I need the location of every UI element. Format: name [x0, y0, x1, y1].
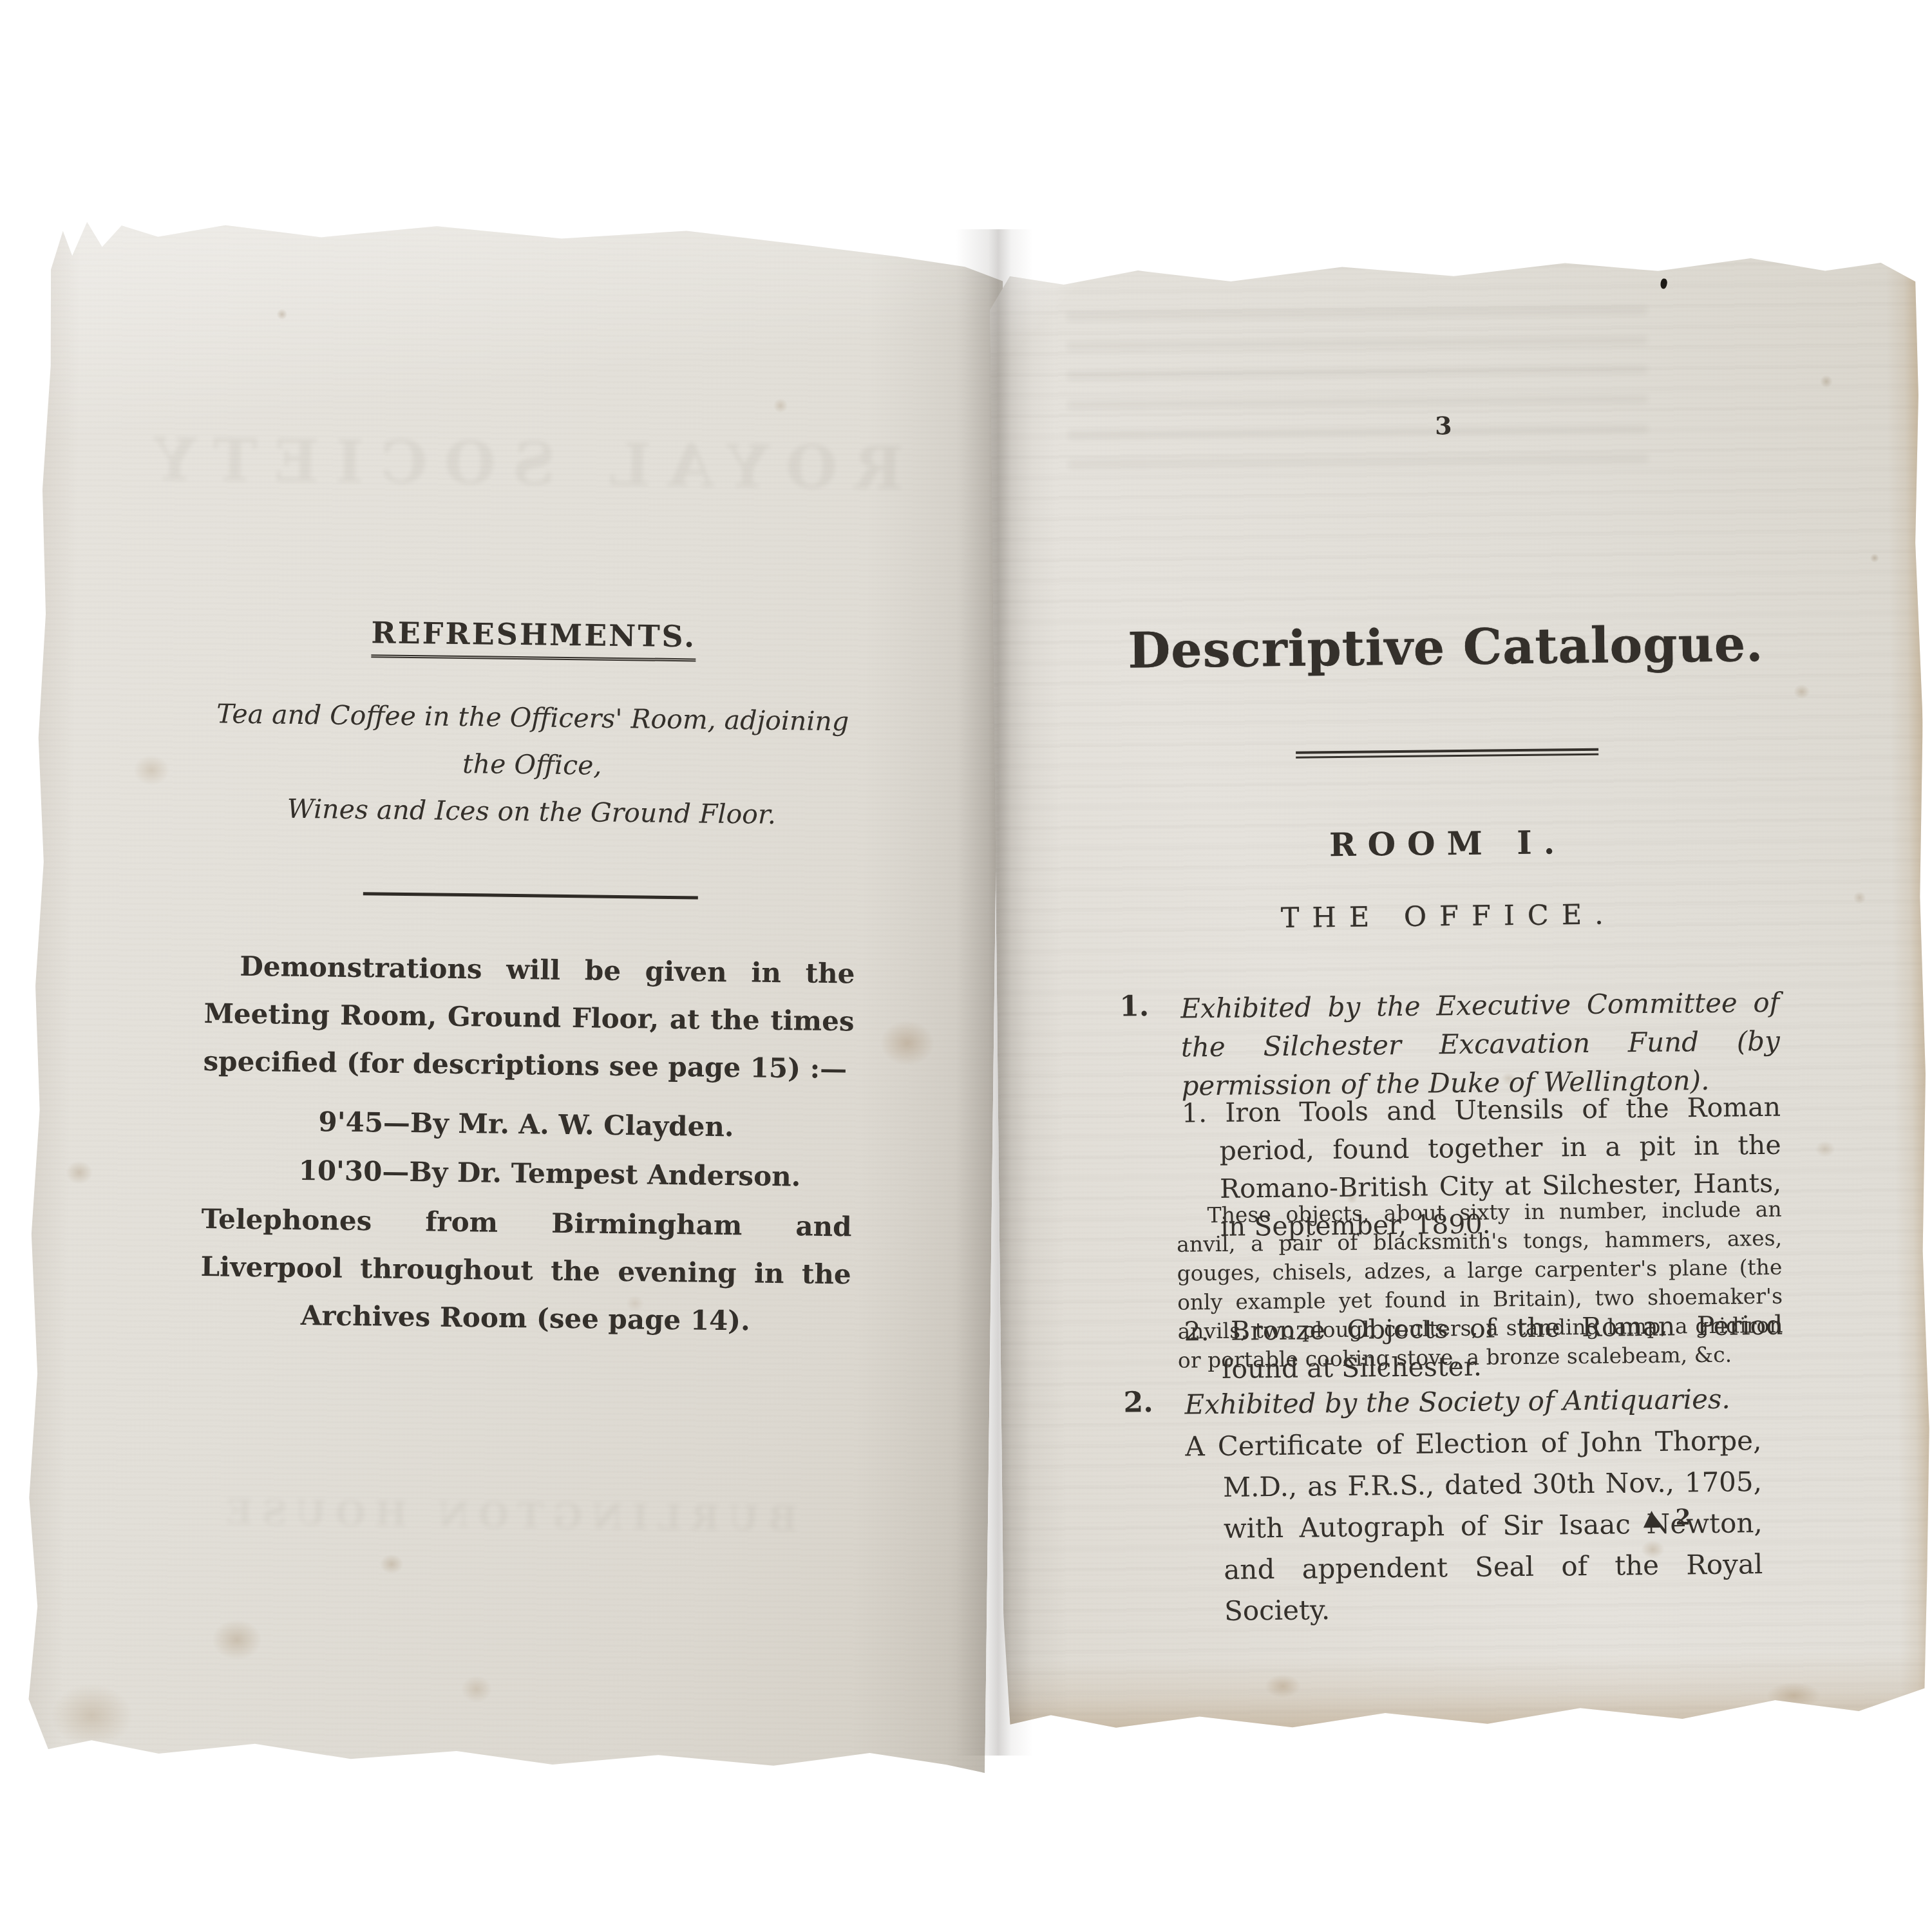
printer-signature-mark: ▲ 2: [1643, 1504, 1772, 1531]
telephones-paragraph: Telephones from Birmingham and Liverpool…: [200, 1195, 852, 1346]
entry-2-number: 2.: [1123, 1386, 1185, 1425]
refreshments-heading-text: REFRESHMENTS.: [371, 615, 697, 661]
demonstration-time-1: 9'45—By Mr. A. W. Clayden.: [299, 1097, 853, 1153]
item-2-number: 2.: [1184, 1316, 1209, 1347]
entry-1-item-2: 2. Bronze Objects of the Roman Period fo…: [1184, 1307, 1783, 1389]
catalogue-entry-1: 1. Exhibited by the Executive Committee …: [1119, 983, 1781, 1106]
item-1-number: 1.: [1182, 1097, 1207, 1128]
demonstration-times: 9'45—By Mr. A. W. Clayden. 10'30—By Dr. …: [298, 1097, 853, 1202]
refreshments-heading: REFRESHMENTS.: [208, 613, 859, 656]
left-page-text-column: REFRESHMENTS. Tea and Coffee in the Offi…: [194, 213, 864, 1771]
page-number: 3: [1113, 408, 1774, 444]
entry-2-body: Exhibited by the Society of Antiquaries.: [1184, 1379, 1784, 1425]
entry-1-exhibitor: Exhibited by the Executive Committee of …: [1180, 983, 1781, 1106]
demonstrations-paragraph: Demonstrations will be given in the Meet…: [203, 942, 855, 1093]
entry-1-body: Exhibited by the Executive Committee of …: [1180, 983, 1781, 1106]
right-page-text-column: 3 Descriptive Catalogue. ROOM I. THE OFF…: [1112, 249, 1787, 1732]
right-page: 3 Descriptive Catalogue. ROOM I. THE OFF…: [989, 248, 1932, 1734]
room-subheading: THE OFFICE.: [1119, 897, 1779, 936]
refreshments-line-2: Wines and Ices on the Ground Floor.: [206, 784, 857, 839]
catalogue-title: Descriptive Catalogue.: [1115, 615, 1776, 679]
entry-2-exhibitor: Exhibited by the Society of Antiquaries.: [1184, 1379, 1784, 1425]
right-page-surface: 3 Descriptive Catalogue. ROOM I. THE OFF…: [989, 248, 1932, 1734]
demonstration-time-2: 10'30—By Dr. Tempest Anderson.: [298, 1146, 853, 1202]
catalogue-entry-2: 2. Exhibited by the Society of Antiquari…: [1123, 1379, 1784, 1425]
left-page-surface: ROYAL SOCIETY BURLINGTON HOUSE REFRESHME…: [24, 211, 1003, 1773]
item-2-description: Bronze Objects of the Roman Period found…: [1222, 1310, 1783, 1385]
left-page: ROYAL SOCIETY BURLINGTON HOUSE REFRESHME…: [24, 211, 1003, 1773]
refreshments-line-1: Tea and Coffee in the Officers' Room, ad…: [207, 690, 858, 792]
divider-rule: [363, 892, 698, 899]
title-double-rule: [1296, 748, 1598, 759]
entry-1-item-2-text: 2. Bronze Objects of the Roman Period fo…: [1184, 1307, 1783, 1389]
entry-1-number: 1.: [1119, 990, 1182, 1106]
refreshments-details: Tea and Coffee in the Officers' Room, ad…: [206, 690, 858, 839]
room-heading: ROOM I.: [1117, 821, 1778, 866]
